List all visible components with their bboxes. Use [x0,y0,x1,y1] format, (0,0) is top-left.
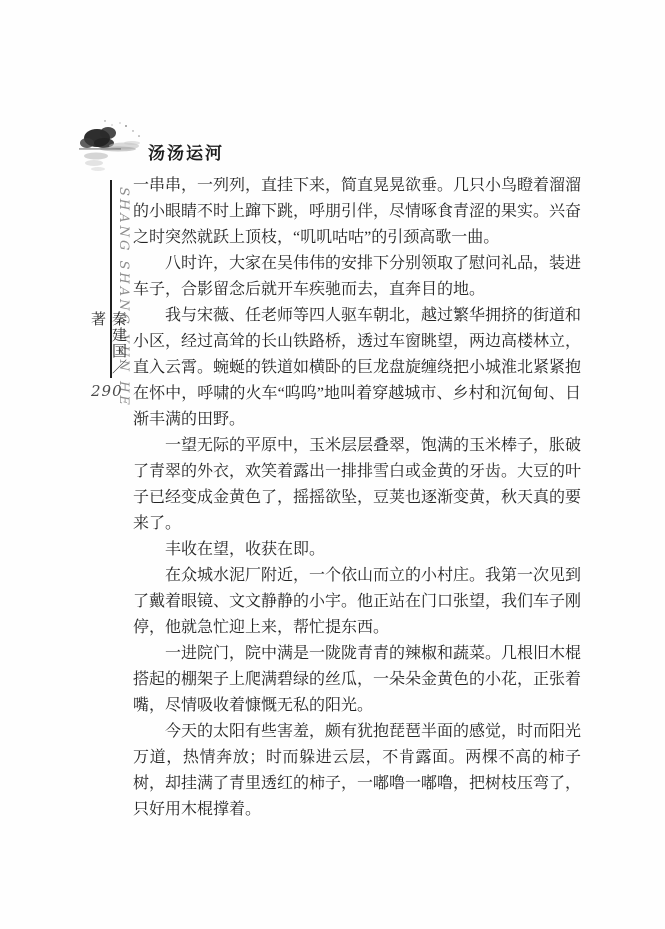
book-page: 汤汤运河 SHANG SHANG YUN HE 秦建国／著 290 一串串，一列… [0,0,665,929]
paragraph: 八时许，大家在吴伟伟的安排下分别领取了慰问礼品，装进车子，合影留念后就开车疾驰而… [133,251,581,303]
author-byline: 秦建国／著 [87,311,129,389]
paragraph: 在众城水泥厂附近，一个依山而立的小村庄。我第一次见到了戴着眼镜、文文静静的小宇。… [133,563,581,641]
book-title: 汤汤运河 [148,139,224,164]
paragraph: 一串串，一列列，直挂下来，简直晃晃欲垂。几只小鸟瞪着溜溜的小眼睛不时上蹿下跳，呼… [133,173,581,251]
page-number: 290 [91,382,123,400]
paragraph: 一望无际的平原中，玉米层层叠翠，饱满的玉米棒子，胀破了青翠的外衣，欢笑着露出一排… [133,433,581,537]
paragraph: 今天的太阳有些害羞，颇有犹抱琵琶半面的感觉，时而阳光万道，热情奔放；时而躲进云层… [133,719,581,823]
paragraph: 丰收在望，收获在即。 [133,537,581,563]
ink-wash-landscape-icon [76,118,150,174]
paragraph: 我与宋薇、任老师等四人驱车朝北，越过繁华拥挤的街道和小区，经过高耸的长山铁路桥，… [133,303,581,433]
body-text-column: 一串串，一列列，直挂下来，简直晃晃欲垂。几只小鸟瞪着溜溜的小眼睛不时上蹿下跳，呼… [133,173,581,823]
paragraph: 一进院门，院中满是一陇陇青青的辣椒和蔬菜。几根旧木棍搭起的棚架子上爬满碧绿的丝瓜… [133,641,581,719]
